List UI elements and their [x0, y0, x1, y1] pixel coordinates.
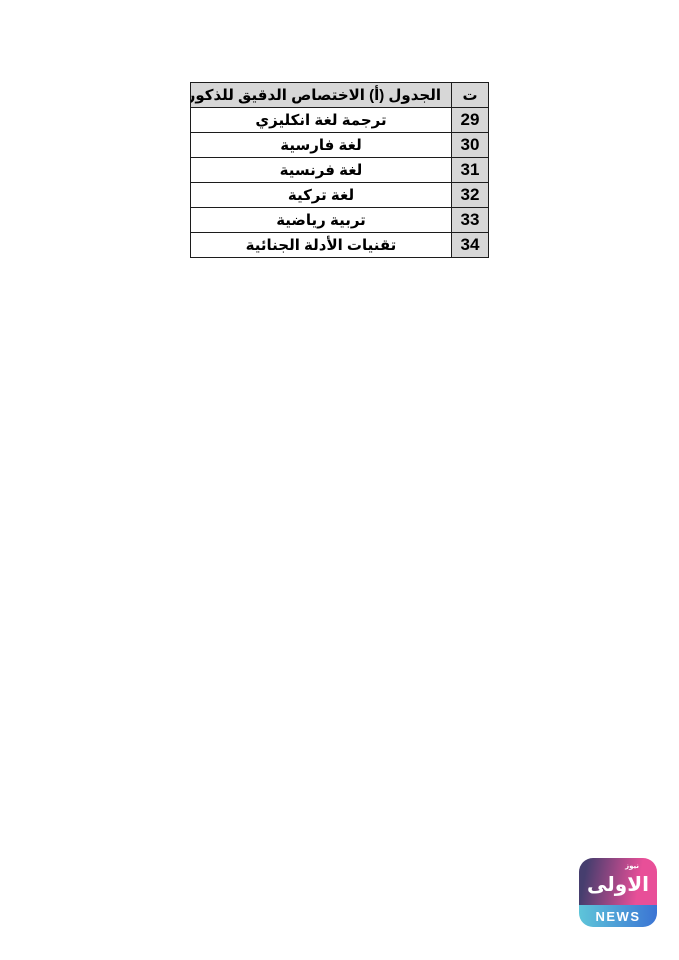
- table-row: 29 ترجمة لغة انكليزي: [191, 108, 489, 133]
- row-number: 30: [452, 133, 489, 158]
- row-number: 31: [452, 158, 489, 183]
- table-row: 32 لغة تركية: [191, 183, 489, 208]
- specialty-name: تقنيات الأدلة الجنائية: [191, 233, 452, 258]
- alawla-news-logo: نيوز الاولى NEWS: [579, 858, 657, 927]
- serial-column-header: ت: [452, 83, 489, 108]
- specialty-name: لغة تركية: [191, 183, 452, 208]
- row-number: 32: [452, 183, 489, 208]
- table-row: 30 لغة فارسية: [191, 133, 489, 158]
- logo-news-band: NEWS: [579, 905, 657, 927]
- row-number: 34: [452, 233, 489, 258]
- document-page: ت الجدول (أ) الاختصاص الدقيق للذكور 29 ت…: [0, 0, 679, 960]
- table-title-header: الجدول (أ) الاختصاص الدقيق للذكور: [191, 83, 452, 108]
- specialties-table: ت الجدول (أ) الاختصاص الدقيق للذكور 29 ت…: [190, 82, 489, 258]
- row-number: 33: [452, 208, 489, 233]
- logo-arabic-mark: نيوز الاولى: [579, 858, 657, 905]
- logo-arabic-title: الاولى: [587, 875, 649, 895]
- specialty-name: لغة فرنسية: [191, 158, 452, 183]
- specialty-name: تربية رياضية: [191, 208, 452, 233]
- table-row: 34 تقنيات الأدلة الجنائية: [191, 233, 489, 258]
- logo-news-label: NEWS: [596, 909, 641, 924]
- specialty-name: لغة فارسية: [191, 133, 452, 158]
- row-number: 29: [452, 108, 489, 133]
- specialty-name: ترجمة لغة انكليزي: [191, 108, 452, 133]
- table-row: 33 تربية رياضية: [191, 208, 489, 233]
- table-row: 31 لغة فرنسية: [191, 158, 489, 183]
- logo-arabic-small-text: نيوز: [625, 863, 639, 870]
- table-header-row: ت الجدول (أ) الاختصاص الدقيق للذكور: [191, 83, 489, 108]
